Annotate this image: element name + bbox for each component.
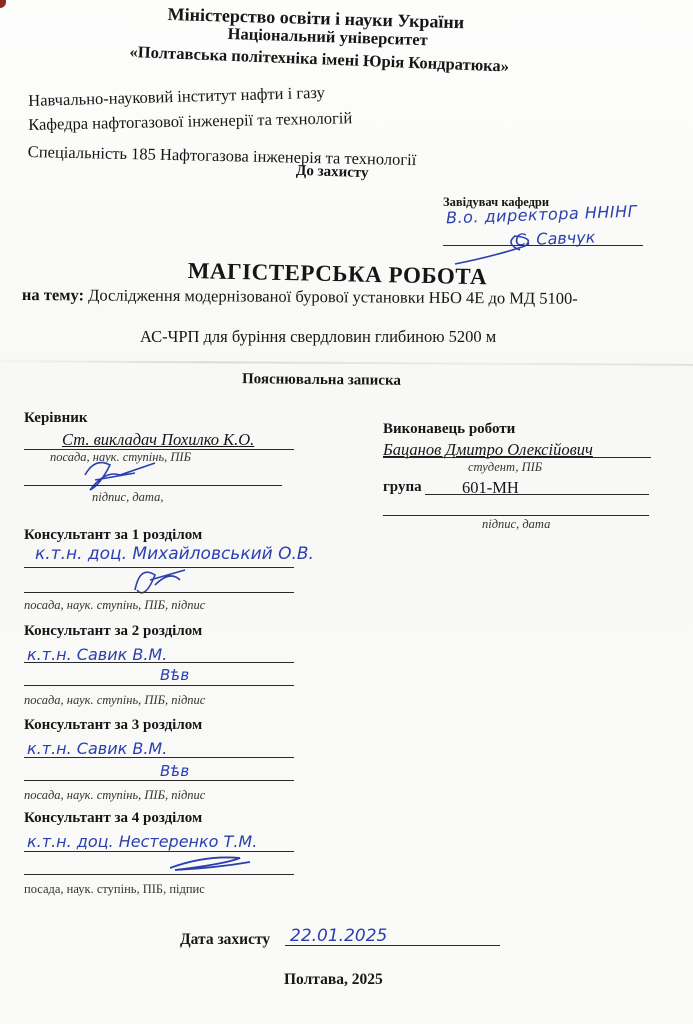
group-value: 601-МН [462, 478, 519, 498]
consultant-1-label: Консультант за 1 розділом [24, 527, 202, 544]
university-name: «Полтавська політехніка імені Юрія Кондр… [129, 42, 509, 77]
defense-date-value: 22.01.2025 [290, 926, 387, 946]
consultant-2-signature-line [24, 685, 294, 686]
department-line: Кафедра нафтогазової інженерії та технол… [28, 108, 352, 135]
group-label: група [383, 479, 422, 496]
document-title: МАГІСТЕРСЬКА РОБОТА [187, 258, 487, 290]
supervisor-name: Ст. викладач Похилко К.О. [62, 430, 254, 450]
supervisor-signature-line [24, 485, 282, 486]
document-page: Міністерство освіти і науки України Наці… [0, 0, 693, 1024]
consultant-2-label: Консультант за 2 розділом [24, 623, 202, 640]
consultant-2-signature-icon: Вѣв [160, 666, 189, 684]
consultant-3-label: Консультант за 3 розділом [24, 717, 202, 734]
group-line [425, 494, 649, 495]
explanatory-note-heading: Пояснювальна записка [242, 371, 401, 390]
consultant-1-signature-line [24, 592, 294, 593]
performer-caption: студент, ПІБ [468, 460, 542, 475]
theme-prefix: на тему: [22, 285, 84, 304]
defense-date-line [285, 945, 500, 946]
consultant-3-signature-line [24, 780, 294, 781]
defense-date-label: Дата захисту [180, 931, 270, 949]
consultant-4-signature-line [24, 874, 294, 875]
city-year-footer: Полтава, 2025 [284, 971, 383, 989]
consultant-3-handwritten: к.т.н. Савик В.М. [27, 739, 167, 758]
institute-line: Навчально-науковий інститут нафти і газу [28, 83, 325, 111]
theme-line-1: на тему: Дослідження модернізованої буро… [22, 285, 578, 309]
theme-line-2: АС-ЧРП для буріння свердловин глибиною 5… [140, 327, 496, 347]
paper-fold [0, 360, 693, 366]
consultant-3-signature-icon: Вѣв [160, 762, 189, 780]
consultant-4-signature-icon [165, 850, 265, 875]
consultant-3-line [24, 757, 294, 758]
consultant-4-caption: посада, наук. ступінь, ПІБ, підпис [24, 882, 205, 897]
page-corner [0, 0, 6, 8]
consultant-2-line [24, 662, 294, 663]
performer-signature-line [383, 515, 649, 516]
supervisor-signature-caption: підпис, дата, [92, 490, 163, 505]
theme-text-1: Дослідження модернізованої бурової устан… [88, 285, 578, 307]
approval-label: До захисту [296, 163, 369, 183]
performer-label: Виконавець роботи [383, 421, 515, 438]
consultant-3-caption: посада, наук. ступінь, ПІБ, підпис [24, 788, 205, 803]
consultant-4-handwritten: к.т.н. доц. Нестеренко Т.М. [27, 832, 257, 851]
consultant-2-caption: посада, наук. ступінь, ПІБ, підпис [24, 693, 205, 708]
consultant-4-label: Консультант за 4 розділом [24, 810, 202, 827]
performer-name-line [383, 457, 651, 458]
signature-stroke-icon [445, 228, 565, 268]
supervisor-label: Керівник [24, 410, 88, 427]
performer-signature-caption: підпис, дата [482, 517, 550, 532]
consultant-1-caption: посада, наук. ступінь, ПІБ, підпис [24, 598, 205, 613]
